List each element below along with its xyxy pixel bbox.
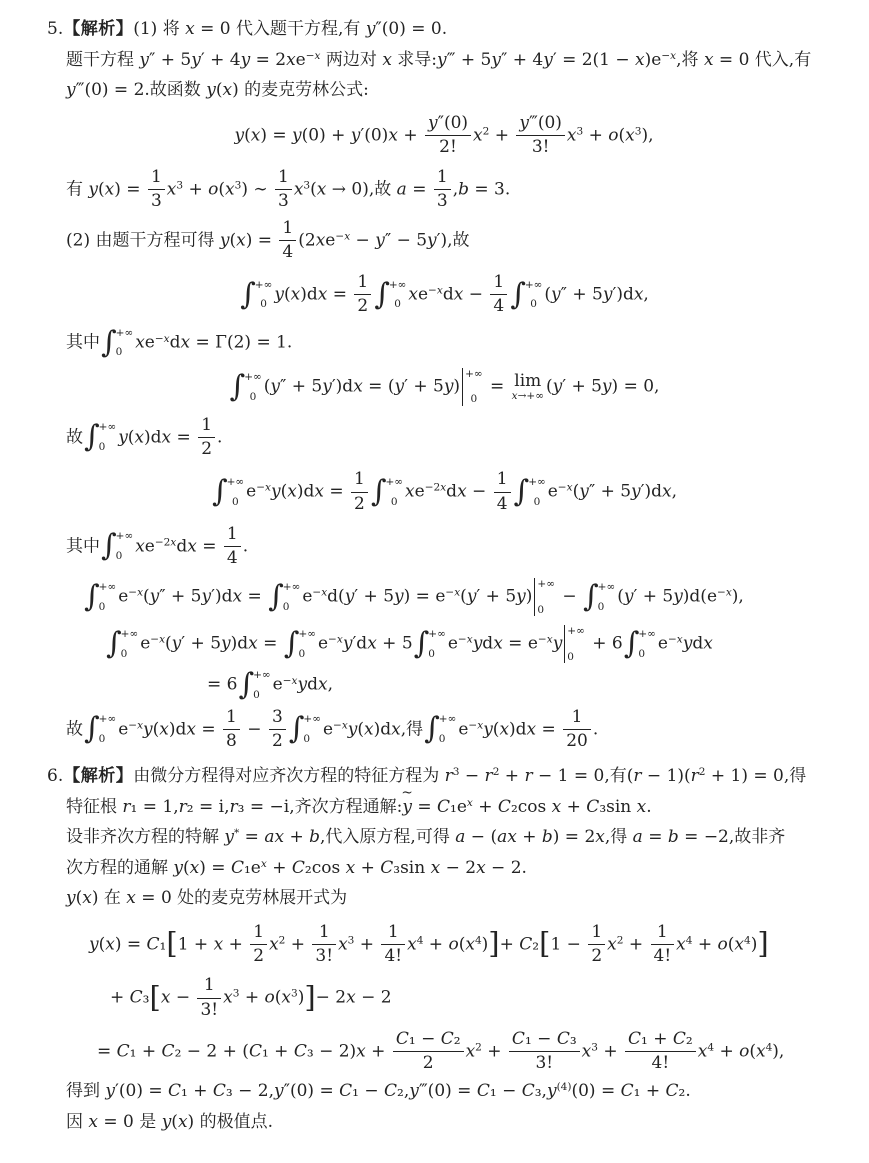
fraction: y‴(0)3! (516, 113, 565, 159)
fraction: C₁ − C₂2 (393, 1029, 464, 1075)
text-line: 特征根 r₁ = 1,r₂ = i,r₃ = −i,齐次方程通解:~y = C₁… (66, 795, 841, 821)
fraction: 12 (250, 922, 267, 968)
text-line: 故∫+∞0e−xy(x)dx = 18 − 32∫+∞0e−xy(x)dx,得∫… (66, 707, 841, 753)
integral-sign: ∫+∞0 (284, 628, 316, 660)
text-line: (2) 由题干方程可得 y(x) = 14(2xe−x − y″ − 5y′),… (66, 218, 841, 264)
left-bracket: [ (166, 926, 177, 960)
fraction: 14! (651, 922, 675, 968)
integral-sign: ∫+∞0 (514, 476, 546, 508)
integral-sign: ∫+∞0 (414, 628, 446, 660)
evaluation-bar: +∞0 (534, 578, 555, 616)
integral-sign: ∫+∞0 (240, 279, 272, 311)
fraction: 14 (224, 524, 241, 570)
analysis-label: 【解析】 (63, 766, 133, 786)
left-bracket: [ (539, 926, 550, 960)
integral-sign: ∫+∞0 (510, 279, 542, 311)
equation-line: ∫+∞0(y″ + 5y′)dx = (y′ + 5y)+∞0 = limx→+… (47, 368, 841, 406)
equation-line: ∫+∞0e−xy(x)dx = 12∫+∞0xe−2xdx − 14∫+∞0e−… (47, 469, 841, 515)
document-page: 5.【解析】(1) 将 x = 0 代入题干方程,有 y″(0) = 0.题干方… (0, 0, 869, 1135)
fraction: 12 (588, 922, 605, 968)
evaluation-bar: +∞0 (462, 368, 483, 406)
solution-6-section: 6.【解析】由微分方程得对应齐次方程的特征方程为 r3 − r2 + r − 1… (47, 764, 841, 1135)
text-line: 5.【解析】(1) 将 x = 0 代入题干方程,有 y″(0) = 0. (47, 17, 841, 43)
fraction: C₁ − C₃3! (509, 1029, 580, 1075)
text-line: 其中∫+∞0xe−xdx = Γ(2) = 1. (66, 327, 841, 359)
integral-sign: ∫+∞0 (101, 530, 133, 562)
fraction: 13 (148, 167, 165, 213)
equation-line: = 6∫+∞0e−xydx, (207, 669, 841, 701)
limit-operator: limx→+∞ (512, 372, 544, 402)
evaluation-bar: +∞0 (564, 625, 585, 663)
equation-line: ∫+∞0e−x(y″ + 5y′)dx = ∫+∞0e−xd(y′ + 5y) … (83, 578, 841, 616)
fraction: 32 (269, 707, 286, 753)
fraction: 13! (197, 975, 221, 1021)
text-line: 有 y(x) = 13x3 + o(x3) ∼ 13x3(x → 0),故 a … (66, 167, 841, 213)
tilde-accent: ~y (402, 795, 412, 821)
fraction: 14! (381, 922, 405, 968)
integral-sign: ∫+∞0 (230, 371, 262, 403)
fraction: 12 (198, 415, 215, 461)
text-line: 因 x = 0 是 y(x) 的极值点. (66, 1110, 841, 1136)
text-line: 其中∫+∞0xe−2xdx = 14. (66, 524, 841, 570)
text-line: 得到 y′(0) = C₁ + C₃ − 2,y″(0) = C₁ − C₂,y… (66, 1079, 841, 1105)
analysis-label: 【解析】 (63, 19, 133, 39)
integral-sign: ∫+∞0 (212, 476, 244, 508)
integral-sign: ∫+∞0 (84, 421, 116, 453)
fraction: y″(0)2! (425, 113, 471, 159)
integral-sign: ∫+∞0 (583, 581, 615, 613)
integral-sign: ∫+∞0 (424, 713, 456, 745)
fraction: 18 (223, 707, 240, 753)
equation-line: ∫+∞0y(x)dx = 12∫+∞0xe−xdx − 14∫+∞0(y″ + … (47, 272, 841, 318)
solution-5-section: 5.【解析】(1) 将 x = 0 代入题干方程,有 y″(0) = 0.题干方… (47, 17, 841, 752)
fraction: 14 (494, 469, 511, 515)
fraction: 14 (279, 218, 296, 264)
integral-sign: ∫+∞0 (374, 279, 406, 311)
text-line: 设非齐次方程的特解 y* = ax + b,代入原方程,可得 a − (ax +… (66, 825, 841, 851)
right-bracket: ] (757, 926, 768, 960)
fraction: 13! (312, 922, 336, 968)
integral-sign: ∫+∞0 (289, 713, 321, 745)
integral-sign: ∫+∞0 (101, 327, 133, 359)
text-line: 6.【解析】由微分方程得对应齐次方程的特征方程为 r3 − r2 + r − 1… (47, 764, 841, 790)
text-line: y(x) 在 x = 0 处的麦克劳林展开式为 (66, 886, 841, 912)
text-line: 题干方程 y″ + 5y′ + 4y = 2xe−x 两边对 x 求导:y‴ +… (66, 48, 841, 74)
text-line: 故∫+∞0y(x)dx = 12. (66, 415, 841, 461)
integral-sign: ∫+∞0 (84, 581, 116, 613)
fraction: 14 (490, 272, 507, 318)
fraction: 120 (563, 707, 591, 753)
integral-sign: ∫+∞0 (84, 713, 116, 745)
fraction: 13 (275, 167, 292, 213)
left-bracket: [ (150, 980, 161, 1014)
integral-sign: ∫+∞0 (106, 628, 138, 660)
right-bracket: ] (488, 926, 499, 960)
integral-sign: ∫+∞0 (268, 581, 300, 613)
fraction: 12 (354, 272, 371, 318)
fraction: C₁ + C₂4! (625, 1029, 696, 1075)
equation-line: y(x) = y(0) + y′(0)x + y″(0)2!x2 + y‴(0)… (47, 113, 841, 159)
equation-line: ∫+∞0e−x(y′ + 5y)dx = ∫+∞0e−xy′dx + 5∫+∞0… (105, 625, 841, 663)
equation-line: = C₁ + C₂ − 2 + (C₁ + C₃ − 2)x + C₁ − C₂… (97, 1029, 841, 1075)
fraction: 12 (351, 469, 368, 515)
integral-sign: ∫+∞0 (624, 628, 656, 660)
right-bracket: ] (304, 980, 315, 1014)
text-line: 次方程的通解 y(x) = C₁ex + C₂cos x + C₃sin x −… (66, 856, 841, 882)
text-line: y‴(0) = 2.故函数 y(x) 的麦克劳林公式: (66, 78, 841, 104)
fraction: 13 (434, 167, 451, 213)
equation-line: + C₃[x − 13!x3 + o(x3)]− 2x − 2 (110, 975, 841, 1021)
equation-line: y(x) = C₁[1 + x + 12x2 + 13!x3 + 14!x4 +… (89, 922, 841, 968)
integral-sign: ∫+∞0 (238, 669, 270, 701)
integral-sign: ∫+∞0 (371, 476, 403, 508)
